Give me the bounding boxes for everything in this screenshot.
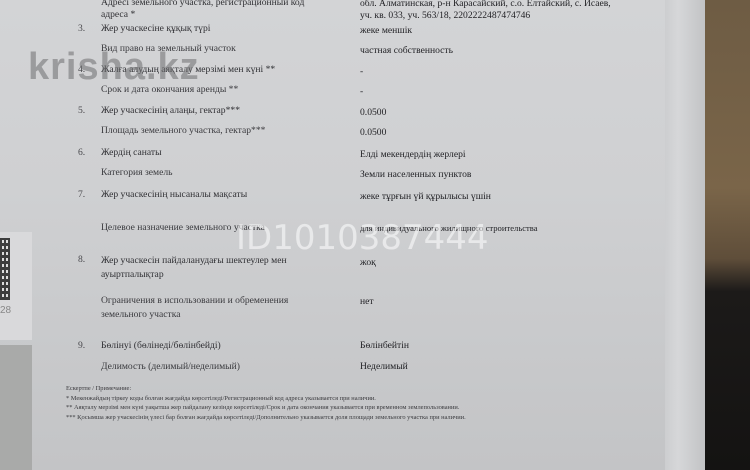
footnote-1: * Мекенжайдың тіркеу коды болған жағдайд…: [66, 394, 466, 404]
row-number: 8.: [78, 254, 85, 265]
row-number: 6.: [78, 147, 85, 158]
category-value-kz: Елді мекендердің жерлері: [360, 149, 466, 160]
row-number: 7.: [78, 189, 85, 200]
row-number: 9.: [78, 340, 85, 351]
divisibility-label-ru: Делимость (делимый/неделимый): [101, 361, 240, 372]
footnote-3: *** Қосымша жер учаскесінің үлесі бар бо…: [66, 413, 466, 423]
address-label-kz-2: адреса *: [101, 9, 135, 20]
qr-number: 28: [0, 305, 11, 316]
restrictions-label-ru: Ограничения в использовании и обременени…: [101, 294, 316, 322]
footnote-2: ** Аяқталу мерзімі мен күні уақытша жер …: [66, 403, 466, 413]
divisibility-value-ru: Неделимый: [360, 361, 408, 372]
footnotes: Ескертпе / Примечание: * Мекенжайдың тір…: [66, 384, 466, 422]
category-label-ru: Категория земель: [101, 167, 173, 178]
qr-code-icon: [0, 238, 10, 300]
divisibility-value-kz: Бөлінбейтін: [360, 340, 409, 351]
area-value-kz: 0.0500: [360, 107, 386, 118]
underlying-page-edge: [660, 0, 705, 470]
right-type-value-kz: жеке меншік: [360, 25, 412, 36]
adjacent-page-shadow: [0, 345, 32, 470]
row-number: 3.: [78, 23, 85, 34]
site-watermark: krisha.kz: [28, 46, 200, 89]
address-label-kz: Адресі земельного участка, регистрационн…: [101, 0, 304, 8]
listing-id-watermark: ID101038744​4: [236, 218, 489, 258]
address-value-2: уч. кв. 033, уч. 563/18, 220222248747474…: [360, 10, 530, 21]
purpose-label-kz: Жер учаскесінің нысаналы мақсаты: [101, 189, 247, 200]
right-type-label-kz: Жер учаскесіне құқық түрі: [101, 23, 210, 34]
right-type-value-ru: частная собственность: [360, 45, 453, 56]
document-page: 28 Адресі земельного участка, регистраци…: [0, 0, 665, 470]
category-label-kz: Жердің санаты: [101, 147, 162, 158]
area-value-ru: 0.0500: [360, 127, 386, 138]
restrictions-value-kz: жоқ: [360, 257, 376, 268]
footnotes-title: Ескертпе / Примечание:: [66, 384, 466, 394]
restrictions-value-ru: нет: [360, 296, 374, 307]
lease-term-value-kz: -: [360, 66, 363, 77]
area-label-ru: Площадь земельного участка, гектар***: [101, 125, 265, 136]
row-number: 5.: [78, 105, 85, 116]
lease-term-value-ru: -: [360, 86, 363, 97]
area-label-kz: Жер учаскесінің алаңы, гектар***: [101, 105, 240, 116]
address-value: обл. Алматинская, р-н Карасайский, с.о. …: [360, 0, 611, 9]
divisibility-label-kz: Бөлінуі (бөлінеді/бөлінбейді): [101, 340, 221, 351]
restrictions-label-kz: Жер учаскесін пайдаланудағы шектеулер ме…: [101, 254, 316, 282]
category-value-ru: Земли населенных пунктов: [360, 169, 471, 180]
purpose-value-kz: жеке тұрғын үй құрылысы үшін: [360, 191, 491, 202]
